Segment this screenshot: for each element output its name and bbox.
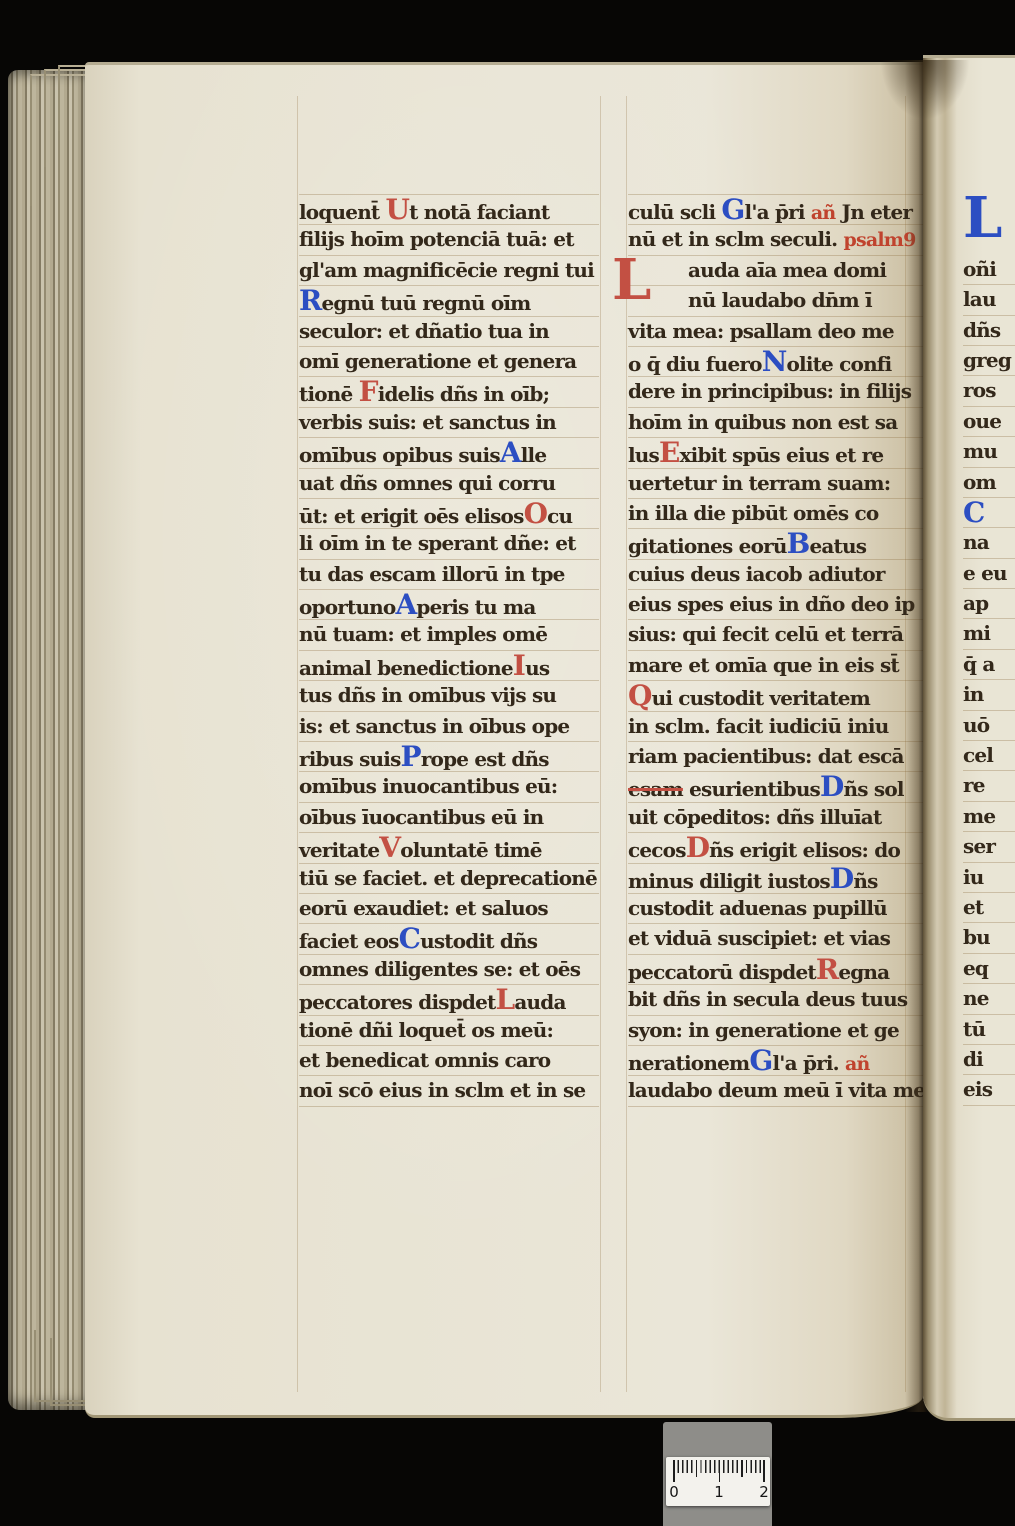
body-text: seculor: et dñatio tua in bbox=[299, 319, 549, 343]
body-text: ser bbox=[963, 834, 995, 858]
body-text: tus dñs in omībus vijs su bbox=[299, 683, 556, 707]
body-text: dere in principibus: in filijs bbox=[628, 379, 911, 403]
body-text: syon: in generatione et ge bbox=[628, 1018, 899, 1042]
body-text: li oīm in te sperant dñe: et bbox=[299, 531, 576, 555]
body-text: cuius deus iacob adiutor bbox=[628, 562, 885, 586]
body-text: peccatores dispdet bbox=[299, 990, 495, 1014]
text-line: tionē Fidelis dñs in oīb; bbox=[299, 377, 599, 407]
text-line: hoīm in quibus non est sa bbox=[628, 408, 924, 438]
illuminated-initial: Q bbox=[628, 679, 652, 712]
body-text: riam pacientibus: dat escā bbox=[628, 744, 904, 768]
body-text: laudabo deum meū ī vita mea. bbox=[628, 1078, 943, 1102]
body-text: veritate bbox=[299, 838, 379, 862]
text-line: et viduā suscipiet: et vias bbox=[628, 924, 924, 954]
body-text: Jn eter bbox=[835, 200, 912, 224]
body-text: eis bbox=[963, 1077, 992, 1101]
illuminated-initial: L bbox=[495, 983, 514, 1016]
body-text: esurientibus bbox=[683, 777, 820, 801]
text-line: cuius deus iacob adiutor bbox=[628, 560, 924, 590]
body-text: omī generatione et genera bbox=[299, 349, 576, 373]
body-text: mi bbox=[963, 621, 990, 645]
body-text: ñs erigit elisos: do bbox=[709, 838, 900, 862]
body-text: tionē bbox=[299, 382, 359, 406]
body-text: in bbox=[963, 682, 984, 706]
body-text: in sclm. facit iudiciū iniu bbox=[628, 714, 888, 738]
illuminated-initial: N bbox=[762, 345, 787, 378]
body-text: mare et omīa que in eis st̄ bbox=[628, 653, 899, 677]
body-text: loquent̄ bbox=[299, 200, 386, 224]
text-line: dñs bbox=[963, 316, 1015, 346]
body-text: re bbox=[963, 773, 985, 797]
text-line: seculor: et dñatio tua in bbox=[299, 317, 599, 347]
text-line: lusExibit spūs eius et re bbox=[628, 438, 924, 468]
text-line: tiū se faciet. et deprecationē bbox=[299, 864, 599, 894]
body-text: eatus bbox=[809, 534, 866, 558]
body-text: et viduā suscipiet: et vias bbox=[628, 926, 890, 950]
body-text: auda aīa mea domi bbox=[688, 258, 886, 282]
ruling-line-vertical bbox=[600, 96, 601, 1392]
text-line: nū laudabo dn̄m ī bbox=[628, 286, 924, 316]
body-text: tionē dñi loquet̄ os meū: bbox=[299, 1018, 553, 1042]
illuminated-initial: V bbox=[379, 831, 400, 864]
body-text: eq bbox=[963, 956, 988, 980]
body-text: sius: qui fecit celū et terrā bbox=[628, 622, 903, 646]
illuminated-initial: L bbox=[963, 190, 1002, 246]
body-text: ūt: et erigit oēs elisos bbox=[299, 504, 524, 528]
text-line: tu das escam illorū in tpe bbox=[299, 560, 599, 590]
body-text: tū bbox=[963, 1017, 985, 1041]
body-text: ñs bbox=[853, 869, 877, 893]
illuminated-initial: A bbox=[500, 436, 521, 469]
illuminated-initial: D bbox=[686, 831, 709, 864]
body-text: nū et in sclm seculi. bbox=[628, 227, 843, 251]
body-text: uit cōpeditos: dñs illuīat bbox=[628, 805, 881, 829]
body-text: om bbox=[963, 470, 996, 494]
body-text: uertetur in terram suam: bbox=[628, 471, 890, 495]
body-text: ros bbox=[963, 378, 996, 402]
body-text: in illa die pibūt omēs co bbox=[628, 501, 878, 525]
body-text: greg bbox=[963, 348, 1011, 372]
illuminated-initial: D bbox=[820, 770, 843, 803]
illuminated-initial: R bbox=[816, 953, 838, 986]
body-text: omnes diligentes se: et oēs bbox=[299, 957, 580, 981]
text-line: et bbox=[963, 893, 1015, 923]
body-text: minus diligit iustos bbox=[628, 869, 830, 893]
text-line: tionē dñi loquet̄ os meū: bbox=[299, 1016, 599, 1046]
rubric-text: añ bbox=[811, 202, 836, 224]
text-line: mi bbox=[963, 619, 1015, 649]
body-text: verbis suis: et sanctus in bbox=[299, 410, 556, 434]
body-text: lus bbox=[628, 443, 659, 467]
body-text: oluntatē timē bbox=[400, 838, 541, 862]
text-line: oportunoAperis tu ma bbox=[299, 590, 599, 620]
body-text: ap bbox=[963, 591, 988, 615]
ruler-label-2: 2 bbox=[759, 1483, 769, 1501]
body-text: dñs bbox=[963, 318, 1000, 342]
text-line: mare et omīa que in eis st̄ bbox=[628, 651, 924, 681]
body-text: uat dñs omnes qui corru bbox=[299, 471, 555, 495]
body-text: eius spes eius in dño deo ip bbox=[628, 592, 915, 616]
illuminated-initial: D bbox=[830, 862, 853, 895]
text-line: filijs hoīm potenciā tuā: et bbox=[299, 225, 599, 255]
body-text: cu bbox=[547, 504, 572, 528]
body-text: peccatorū dispdet bbox=[628, 960, 816, 984]
body-text: bit dñs in secula deus tuus bbox=[628, 987, 907, 1011]
body-text: mu bbox=[963, 439, 997, 463]
body-text: ñs sol bbox=[844, 777, 904, 801]
text-line: na bbox=[963, 528, 1015, 558]
text-line: Regnū tuū regnū oīm bbox=[299, 286, 599, 316]
book-fore-edge bbox=[8, 70, 88, 1410]
text-line: laudabo deum meū ī vita mea. bbox=[628, 1076, 924, 1106]
text-line: greg bbox=[963, 346, 1015, 376]
text-line: culū scli Gl'a p̄ri añ Jn eter bbox=[628, 195, 924, 225]
text-line: di bbox=[963, 1045, 1015, 1075]
body-text: custodit aduenas pupillū bbox=[628, 896, 887, 920]
body-text: cecos bbox=[628, 838, 686, 862]
text-line: veritateVoluntatē timē bbox=[299, 833, 599, 863]
body-text: nerationem bbox=[628, 1051, 749, 1075]
gutter-top-shadow bbox=[880, 60, 970, 120]
body-text: hoīm in quibus non est sa bbox=[628, 410, 897, 434]
text-line: e eu bbox=[963, 559, 1015, 589]
text-line: riam pacientibus: dat escā bbox=[628, 742, 924, 772]
text-line: omnes diligentes se: et oēs bbox=[299, 955, 599, 985]
text-line: in sclm. facit iudiciū iniu bbox=[628, 712, 924, 742]
body-text: culū scli bbox=[628, 200, 721, 224]
text-line: iu bbox=[963, 863, 1015, 893]
body-text: faciet eos bbox=[299, 929, 399, 953]
body-text: vita mea: psallam deo me bbox=[628, 319, 894, 343]
body-text: et bbox=[963, 895, 983, 919]
text-line: verbis suis: et sanctus in bbox=[299, 408, 599, 438]
body-text: cel bbox=[963, 743, 993, 767]
body-text: omībus opibus suis bbox=[299, 443, 500, 467]
body-text: eorū exaudiet: et saluos bbox=[299, 896, 548, 920]
body-text: noī scō eius in sclm et in se bbox=[299, 1078, 585, 1102]
text-line: uat dñs omnes qui corru bbox=[299, 469, 599, 499]
ruler: 0 1 2 bbox=[666, 1457, 770, 1506]
text-line: li oīm in te sperant dñe: et bbox=[299, 529, 599, 559]
ruler-major-tick bbox=[763, 1460, 765, 1482]
body-text: idelis dñs in oīb; bbox=[378, 382, 549, 406]
body-text: esam bbox=[628, 777, 683, 801]
illuminated-initial: B bbox=[787, 527, 810, 560]
text-line: in illa die pibūt omēs co bbox=[628, 499, 924, 529]
body-text: lle bbox=[521, 443, 547, 467]
body-text: bu bbox=[963, 925, 990, 949]
manuscript-photo: loquent̄ Ut notā faciantfilijs hoīm pote… bbox=[0, 0, 1015, 1526]
body-text: tiū se faciet. et deprecationē bbox=[299, 866, 597, 890]
text-line: nerationemGl'a p̄ri. añ bbox=[628, 1046, 924, 1076]
text-line: gl'am magnificēcie regni tui bbox=[299, 256, 599, 286]
text-line: ne bbox=[963, 984, 1015, 1014]
ruling-line-vertical bbox=[297, 96, 298, 1392]
text-line: ser bbox=[963, 832, 1015, 862]
left-text-column: loquent̄ Ut notā faciantfilijs hoīm pote… bbox=[299, 194, 599, 1107]
text-line: in bbox=[963, 680, 1015, 710]
body-text: o q̄ diu fuero bbox=[628, 352, 762, 376]
illuminated-initial: G bbox=[721, 193, 744, 226]
body-text: is: et sanctus in oībus ope bbox=[299, 714, 569, 738]
text-line: cel bbox=[963, 741, 1015, 771]
illuminated-initial: I bbox=[513, 649, 525, 682]
text-line: eq bbox=[963, 954, 1015, 984]
body-text: ustodit dñs bbox=[420, 929, 537, 953]
recto-initial-row: L bbox=[963, 194, 1015, 255]
text-line: mu bbox=[963, 437, 1015, 467]
text-line: omī generatione et genera bbox=[299, 347, 599, 377]
body-text: l'a p̄ri bbox=[745, 200, 811, 224]
text-line: nū tuam: et imples omē bbox=[299, 620, 599, 650]
text-line: ribus suisPrope est dñs bbox=[299, 742, 599, 772]
text-line: esam esurientibusDñs sol bbox=[628, 772, 924, 802]
body-text: me bbox=[963, 804, 995, 828]
body-text: gl'am magnificēcie regni tui bbox=[299, 258, 594, 282]
text-line: gitationes eorūBeatus bbox=[628, 529, 924, 559]
text-line: eis bbox=[963, 1075, 1015, 1105]
body-text: egna bbox=[838, 960, 889, 984]
body-text: t notā faciant bbox=[409, 200, 549, 224]
illuminated-initial: R bbox=[299, 284, 321, 317]
illuminated-initial: P bbox=[401, 740, 421, 773]
ruler-label-1: 1 bbox=[714, 1483, 724, 1501]
rubric-text: añ bbox=[845, 1053, 870, 1075]
body-text: q̄ a bbox=[963, 652, 995, 676]
illuminated-initial: E bbox=[659, 436, 680, 469]
text-line: me bbox=[963, 802, 1015, 832]
text-line: uit cōpeditos: dñs illuīat bbox=[628, 803, 924, 833]
body-text: oībus īuocantibus eū in bbox=[299, 805, 543, 829]
body-text: nū laudabo dn̄m ī bbox=[688, 288, 872, 312]
ruler-label-0: 0 bbox=[669, 1483, 679, 1501]
text-line: is: et sanctus in oībus ope bbox=[299, 712, 599, 742]
text-line: loquent̄ Ut notā faciant bbox=[299, 195, 599, 225]
text-line: faciet eosCustodit dñs bbox=[299, 924, 599, 954]
body-text: oue bbox=[963, 409, 1001, 433]
text-line: syon: in generatione et ge bbox=[628, 1016, 924, 1046]
text-line: oue bbox=[963, 407, 1015, 437]
text-line: vita mea: psallam deo me bbox=[628, 317, 924, 347]
right-text-column: culū scli Gl'a p̄ri añ Jn eternū et in s… bbox=[628, 194, 924, 1107]
body-text: ne bbox=[963, 986, 989, 1010]
text-line: Lauda aīa mea domi bbox=[628, 256, 924, 286]
text-line: bit dñs in secula deus tuus bbox=[628, 985, 924, 1015]
body-text: uō bbox=[963, 713, 989, 737]
text-line: ap bbox=[963, 589, 1015, 619]
body-text: oportuno bbox=[299, 595, 395, 619]
body-text: auda bbox=[514, 990, 565, 1014]
text-line: oībus īuocantibus eū in bbox=[299, 803, 599, 833]
text-line: oñi bbox=[963, 255, 1015, 285]
text-line: ūt: et erigit oēs elisosOcu bbox=[299, 499, 599, 529]
body-text: iu bbox=[963, 865, 984, 889]
text-line: o q̄ diu fueroNolite confi bbox=[628, 347, 924, 377]
text-line: om bbox=[963, 468, 1015, 498]
text-line: eius spes eius in dño deo ip bbox=[628, 590, 924, 620]
text-line: et benedicat omnis caro bbox=[299, 1046, 599, 1076]
recto-text-column: LoñilaudñsgregrosouemuomCnae euapmiq̄ ai… bbox=[963, 194, 1015, 1106]
text-line: tus dñs in omībus vijs su bbox=[299, 681, 599, 711]
body-text: olite confi bbox=[786, 352, 891, 376]
text-line: bu bbox=[963, 923, 1015, 953]
text-line: cecosDñs erigit elisos: do bbox=[628, 833, 924, 863]
body-text: rope est dñs bbox=[421, 747, 549, 771]
text-line: uertetur in terram suam: bbox=[628, 469, 924, 499]
text-line: noī scō eius in sclm et in se bbox=[299, 1076, 599, 1106]
body-text: nū tuam: et imples omē bbox=[299, 622, 547, 646]
text-line: dere in principibus: in filijs bbox=[628, 377, 924, 407]
text-line: q̄ a bbox=[963, 650, 1015, 680]
illuminated-initial: G bbox=[749, 1044, 772, 1077]
illuminated-initial: F bbox=[359, 375, 378, 408]
body-text: l'a p̄ri. bbox=[773, 1051, 846, 1075]
body-text: ui custodit veritatem bbox=[652, 686, 870, 710]
body-text: tu das escam illorū in tpe bbox=[299, 562, 565, 586]
text-line: re bbox=[963, 771, 1015, 801]
text-line: peccatores dispdetLauda bbox=[299, 985, 599, 1015]
ruler-mid-tick bbox=[741, 1460, 743, 1477]
body-text: filijs hoīm potenciā tuā: et bbox=[299, 227, 574, 251]
illuminated-initial: A bbox=[395, 588, 416, 621]
illuminated-initial: U bbox=[386, 193, 410, 226]
body-text: ribus suis bbox=[299, 747, 401, 771]
text-line: Qui custodit veritatem bbox=[628, 681, 924, 711]
text-line: uō bbox=[963, 711, 1015, 741]
body-text: di bbox=[963, 1047, 983, 1071]
text-line: C bbox=[963, 498, 1015, 528]
text-line: sius: qui fecit celū et terrā bbox=[628, 620, 924, 650]
text-line: peccatorū dispdetRegna bbox=[628, 955, 924, 985]
illuminated-initial: C bbox=[963, 496, 985, 529]
illuminated-initial: C bbox=[399, 922, 421, 955]
text-line: ros bbox=[963, 376, 1015, 406]
text-line: animal benedictioneIus bbox=[299, 651, 599, 681]
text-line: custodit aduenas pupillū bbox=[628, 894, 924, 924]
body-text: oñi bbox=[963, 257, 996, 281]
text-line: minus diligit iustosDñs bbox=[628, 864, 924, 894]
body-text: us bbox=[525, 656, 549, 680]
text-line: omībus inuocantibus eū: bbox=[299, 772, 599, 802]
body-text: egnū tuū regnū oīm bbox=[321, 291, 530, 315]
text-line: lau bbox=[963, 285, 1015, 315]
body-text: na bbox=[963, 530, 989, 554]
text-line: tū bbox=[963, 1015, 1015, 1045]
body-text: et benedicat omnis caro bbox=[299, 1048, 550, 1072]
body-text: e eu bbox=[963, 561, 1007, 585]
text-line: eorū exaudiet: et saluos bbox=[299, 894, 599, 924]
ruler-mid-tick bbox=[696, 1460, 698, 1477]
body-text: gitationes eorū bbox=[628, 534, 787, 558]
text-line: nū et in sclm seculi. psalm9 bbox=[628, 225, 924, 255]
ruler-major-tick bbox=[719, 1460, 721, 1482]
illuminated-initial: O bbox=[524, 497, 548, 530]
body-text: xibit spūs eius et re bbox=[680, 443, 884, 467]
ruler-major-tick bbox=[673, 1460, 675, 1482]
body-text: animal benedictione bbox=[299, 656, 513, 680]
body-text: lau bbox=[963, 287, 996, 311]
body-text: peris tu ma bbox=[416, 595, 535, 619]
body-text: omībus inuocantibus eū: bbox=[299, 774, 557, 798]
text-line: omībus opibus suisAlle bbox=[299, 438, 599, 468]
